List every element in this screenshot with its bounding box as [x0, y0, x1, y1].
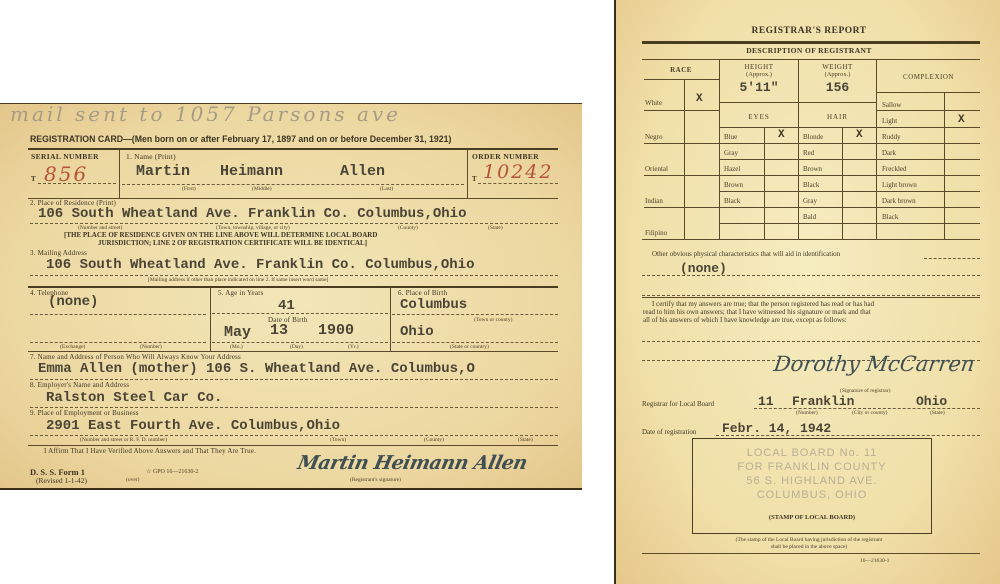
race-white-mark: X: [696, 93, 703, 105]
dob-year: 1900: [318, 322, 354, 339]
date-of-registration-value: Febr. 14, 1942: [722, 421, 831, 436]
birthplace-label: 6. Place of Birth: [398, 289, 447, 297]
weight-value: 156: [799, 80, 876, 95]
race-white: White: [645, 99, 662, 107]
revised-date: (Revised 1-1-42): [36, 476, 87, 485]
other-characteristics-label: Other obvious physical characteristics t…: [652, 250, 840, 258]
gpo-number: ☆ GPO 16—21630-2: [146, 468, 198, 475]
card-title: REGISTRATION CARD—(Men born on or after …: [30, 134, 451, 145]
serial-number-label: SERIAL NUMBER: [31, 152, 99, 161]
birthplace-town: Columbus: [400, 297, 467, 313]
local-board-number: 11: [758, 394, 774, 409]
contact-label: 7. Name and Address of Person Who Will A…: [30, 353, 241, 361]
local-board-stamp: LOCAL BOARD No. 11 FOR FRANKLIN COUNTY 5…: [692, 438, 932, 534]
registrars-report-back: REGISTRAR'S REPORT DESCRIPTION OF REGIST…: [614, 0, 1000, 584]
registration-card-front: mail sent to 1057 Parsons ave REGISTRATI…: [0, 103, 582, 490]
employment-place-label: 9. Place of Employment or Business: [30, 409, 139, 417]
birthplace-state: Ohio: [400, 324, 434, 340]
dob-day: 13: [270, 322, 288, 339]
race-negro: Negro: [645, 133, 663, 141]
date-of-registration-label: Date of registration: [642, 428, 696, 436]
residence-value: 106 South Wheatland Ave. Franklin Co. Co…: [38, 206, 466, 222]
age-value: 41: [278, 298, 295, 314]
registrant-signature: Martin Heimann Allen: [296, 452, 529, 474]
employment-place-value: 2901 East Fourth Ave. Columbus,Ohio: [46, 418, 340, 434]
mailing-label: 3. Mailing Address: [30, 249, 87, 257]
hair-blonde-mark: X: [856, 129, 863, 141]
name-label: 1. Name (Print): [126, 152, 176, 161]
contact-value: Emma Allen (mother) 106 S. Wheatland Ave…: [38, 361, 475, 377]
eyes-blue-mark: X: [778, 129, 785, 141]
report-title: REGISTRAR'S REPORT: [616, 26, 1000, 36]
middle-name: Heimann: [220, 163, 283, 180]
complexion-light-mark: X: [958, 114, 965, 126]
height-value: 5'11": [720, 80, 798, 95]
last-name: Allen: [340, 163, 385, 180]
employer-value: Ralston Steel Car Co.: [46, 390, 222, 406]
telephone-value: (none): [48, 294, 98, 310]
order-number-value: 10242: [483, 161, 553, 183]
race-filipino: Filipino: [645, 229, 667, 237]
first-name: Martin: [136, 163, 190, 180]
stamp-note: (The stamp of the Local Board having jur…: [616, 537, 1000, 543]
residence-notice: [THE PLACE OF RESIDENCE GIVEN ON THE LIN…: [64, 231, 377, 239]
other-characteristics-value: (none): [680, 261, 727, 276]
age-label: 5. Age in Years: [218, 289, 264, 297]
race-oriental: Oriental: [645, 165, 668, 173]
dob-month: May: [224, 324, 251, 341]
employer-label: 8. Employer's Name and Address: [30, 381, 129, 389]
local-board-city: Franklin: [792, 394, 854, 409]
mailing-value: 106 South Wheatland Ave. Franklin Co. Co…: [46, 257, 474, 273]
race-indian: Indian: [645, 197, 663, 205]
certify-text: I certify that my answers are true; that…: [652, 300, 874, 308]
form-number: 16—21630-1: [860, 558, 889, 564]
local-board-label: Registrar for Local Board: [642, 400, 714, 408]
pencil-note: mail sent to 1057 Parsons ave: [10, 102, 401, 126]
affirmation-text: I Affirm That I Have Verified Above Answ…: [44, 447, 256, 455]
local-board-state: Ohio: [916, 394, 947, 409]
registrar-signature: Dorothy McCarren: [772, 352, 976, 376]
order-number-label: ORDER NUMBER: [472, 152, 539, 161]
description-subtitle: DESCRIPTION OF REGISTRANT: [616, 46, 1000, 55]
